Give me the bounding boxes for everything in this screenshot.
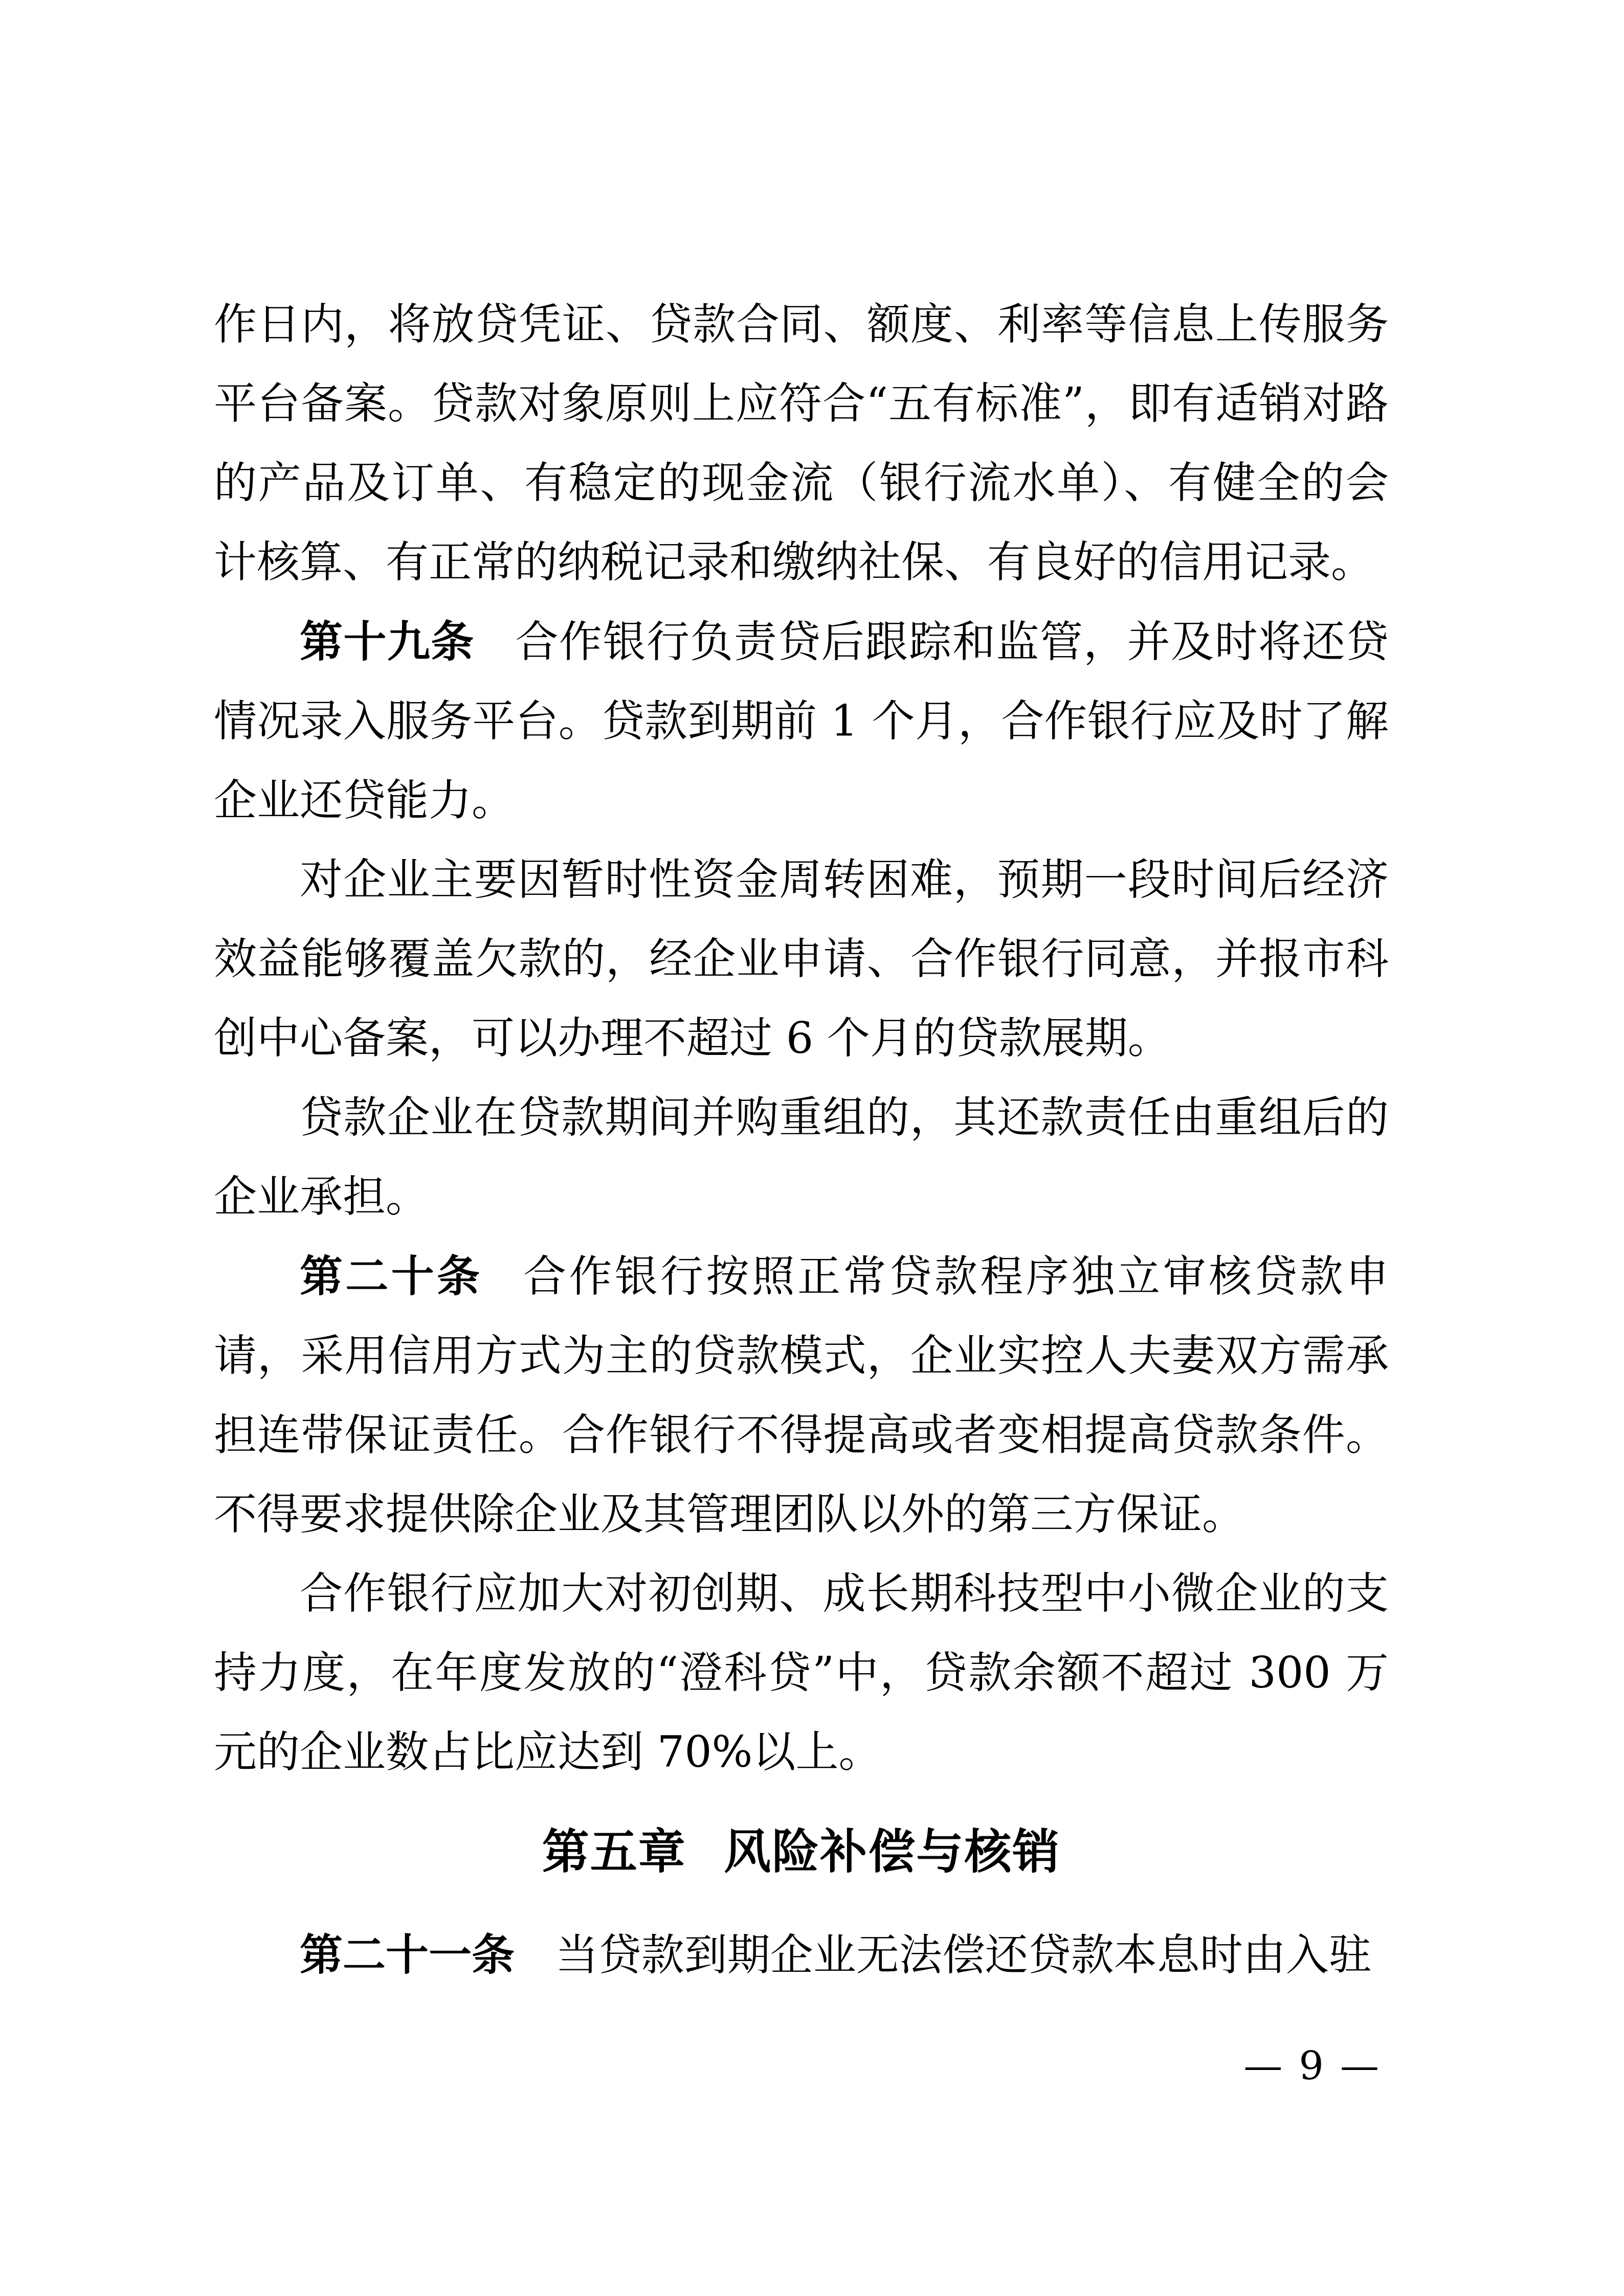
paragraph-article-21: 第二十一条当贷款到期企业无法偿还贷款本息时由入驻 [214,1915,1389,1995]
paragraph-merger-liability: 贷款企业在贷款期间并购重组的，其还款责任由重组后的企业承担。 [214,1078,1389,1236]
page-content: 作日内，将放贷凭证、贷款合同、额度、利率等信息上传服务平台备案。贷款对象原则上应… [214,285,1389,1995]
paragraph-loan-extension: 对企业主要因暂时性资金周转困难，预期一段时间后经济效益能够覆盖欠款的，经企业申请… [214,840,1389,1078]
paragraph-article-20: 第二十条合作银行按照正常贷款程序独立审核贷款申请，采用信用方式为主的贷款模式，企… [214,1236,1389,1554]
paragraph-small-enterprise-support: 合作银行应加大对初创期、成长期科技型中小微企业的支持力度，在年度发放的“澄科贷”… [214,1554,1389,1792]
article-21-text: 当贷款到期企业无法偿还贷款本息时由入驻 [555,1930,1372,1980]
chapter-number: 第五章 [542,1825,686,1879]
paragraph-article-19: 第十九条合作银行负责贷后跟踪和监管，并及时将还贷情况录入服务平台。贷款到期前 1… [214,602,1389,840]
chapter-title: 风险补偿与核销 [724,1825,1060,1879]
document-page: 作日内，将放贷凭证、贷款合同、额度、利率等信息上传服务平台备案。贷款对象原则上应… [0,0,1624,2296]
article-20-number: 第二十条 [300,1251,482,1301]
chapter-heading: 第五章风险补偿与核销 [214,1812,1389,1892]
article-21-number: 第二十一条 [300,1929,515,1980]
paragraph-continuation: 作日内，将放贷凭证、贷款合同、额度、利率等信息上传服务平台备案。贷款对象原则上应… [214,285,1389,602]
article-19-number: 第十九条 [300,616,475,667]
page-number: — 9 — [1243,2046,1381,2085]
